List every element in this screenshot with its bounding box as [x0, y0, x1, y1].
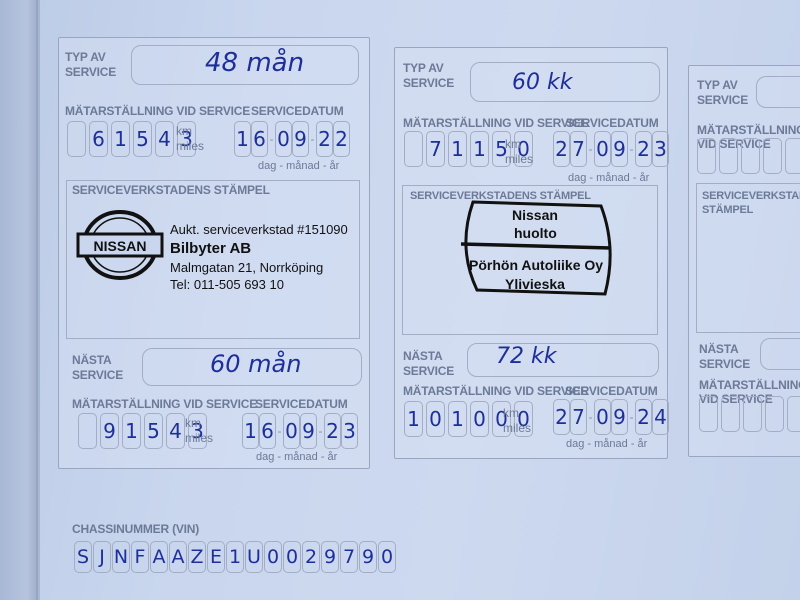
- stamp-line-company: Pörhön Autoliike Oy: [469, 257, 603, 273]
- label-typ-av: TYP AV: [697, 78, 738, 92]
- vin-char: A: [150, 541, 168, 573]
- label-service: SERVICE: [403, 76, 454, 90]
- vin-char: 9: [321, 541, 339, 573]
- date-digit: 9: [300, 413, 317, 449]
- vin-char: N: [112, 541, 130, 573]
- vin-char: E: [207, 541, 225, 573]
- stamp-line-phone: Tel: 011-505 693 10: [170, 277, 284, 292]
- service-type-field[interactable]: [756, 76, 800, 108]
- odometer-digit: 4: [166, 413, 185, 449]
- vin-char: 7: [340, 541, 358, 573]
- vin-char: 0: [283, 541, 301, 573]
- gutter-shadow: [36, 0, 40, 600]
- label-odometer: MÄTARSTÄLLNING VID SERVICE: [72, 397, 257, 411]
- vin-char: 1: [226, 541, 244, 573]
- label-stamp: SERVICEVERKSTADENS STÄMPEL: [72, 183, 270, 197]
- stamp-line-service: huolto: [514, 225, 557, 241]
- next-service-type-value: 60 mån: [210, 350, 301, 378]
- next-date-cells[interactable]: 1 6 - 0 9 - 2 3: [242, 413, 358, 449]
- next-date-cells[interactable]: 2 7 - 0 9 - 2 4: [553, 399, 669, 435]
- odometer-digit: [787, 396, 800, 432]
- next-service-type-field[interactable]: [760, 338, 800, 370]
- odometer-digit: 1: [111, 121, 130, 157]
- label-servicedatum: SERVICEDATUM: [565, 384, 658, 398]
- odometer-digit: 5: [144, 413, 163, 449]
- vin-cells[interactable]: S J N F A A Z E 1 U 0 0 2 9 7 9 0: [74, 541, 396, 573]
- label-nasta: NÄSTA: [403, 349, 442, 363]
- odometer-digit: 0: [470, 401, 489, 437]
- date-digit: 2: [316, 121, 333, 157]
- date-format-hint: dag - månad - år: [566, 438, 647, 450]
- date-digit: 6: [251, 121, 268, 157]
- date-separator: -: [628, 410, 635, 424]
- date-digit: 0: [594, 399, 611, 435]
- date-digit: 7: [570, 399, 587, 435]
- label-nasta: NÄSTA: [699, 342, 738, 356]
- odometer-digit: 0: [426, 401, 445, 437]
- service-date-cells[interactable]: 2 7 - 0 9 - 2 3: [553, 131, 669, 167]
- date-digit: 0: [594, 131, 611, 167]
- vin-char: A: [169, 541, 187, 573]
- date-digit: 7: [570, 131, 587, 167]
- odometer-digit: [719, 138, 738, 174]
- odometer-digit: [741, 138, 760, 174]
- service-date-cells[interactable]: 1 6 - 0 9 - 2 2: [234, 121, 350, 157]
- date-digit: 9: [292, 121, 309, 157]
- odometer-cells[interactable]: [697, 138, 800, 174]
- unit-km: km: [503, 406, 519, 421]
- book-gutter: [0, 0, 38, 600]
- label-nasta: NÄSTA: [72, 353, 111, 367]
- odometer-digit: 7: [426, 131, 445, 167]
- label-stamp: SERVICEVERKSTADENS STÄMPEL: [702, 189, 800, 217]
- next-odometer-cells[interactable]: [699, 396, 800, 432]
- date-digit: 3: [341, 413, 358, 449]
- unit-miles: miles: [185, 431, 213, 446]
- date-digit: 0: [283, 413, 300, 449]
- label-service: SERVICE: [65, 65, 116, 79]
- date-format-hint: dag - månad - år: [568, 172, 649, 184]
- date-digit: 9: [611, 131, 628, 167]
- date-format-hint: dag - månad - år: [256, 451, 337, 463]
- nissan-logo-icon: NISSAN: [76, 208, 164, 282]
- vin-char: S: [74, 541, 92, 573]
- date-digit: 2: [553, 399, 570, 435]
- svg-text:NISSAN: NISSAN: [94, 238, 147, 254]
- unit-km: km: [505, 137, 521, 152]
- odometer-digit: 1: [448, 401, 467, 437]
- vin-char: J: [93, 541, 111, 573]
- odometer-digit: 6: [89, 121, 108, 157]
- odometer-digit: [785, 138, 800, 174]
- odometer-digit: 1: [404, 401, 423, 437]
- label-odometer: MÄTARSTÄLLNING VID SERVICE: [403, 384, 588, 398]
- date-separator: -: [276, 424, 283, 438]
- label-next-service: SERVICE: [699, 357, 750, 371]
- unit-km: km: [176, 124, 192, 139]
- odometer-digit: [699, 396, 718, 432]
- vin-char: 0: [378, 541, 396, 573]
- date-separator: -: [317, 424, 324, 438]
- odometer-digit: [721, 396, 740, 432]
- date-digit: 2: [635, 131, 652, 167]
- vin-char: F: [131, 541, 149, 573]
- stamp-line-city: Ylivieska: [505, 276, 565, 292]
- vin-char: U: [245, 541, 263, 573]
- odometer-digit: [404, 131, 423, 167]
- date-separator: -: [268, 132, 275, 146]
- date-format-hint: dag - månad - år: [258, 160, 339, 172]
- label-odometer: MÄTARSTÄLLNING VID SERVICE: [403, 116, 588, 130]
- unit-miles: miles: [176, 139, 204, 154]
- unit-miles: miles: [505, 152, 533, 167]
- odometer-digit: [67, 121, 86, 157]
- date-separator: -: [628, 142, 635, 156]
- unit-miles: miles: [503, 421, 531, 436]
- odometer-digit: [765, 396, 784, 432]
- date-digit: 2: [324, 413, 341, 449]
- label-odometer: MÄTARSTÄLLNING VID SERVICE: [65, 104, 250, 118]
- label-servicedatum: SERVICEDATUM: [251, 104, 344, 118]
- stamp-line-brand: Nissan: [512, 207, 558, 223]
- date-separator: -: [587, 410, 594, 424]
- vin-char: Z: [188, 541, 206, 573]
- label-typ-av: TYP AV: [65, 50, 106, 64]
- odometer-digit: 1: [448, 131, 467, 167]
- label-next-service: SERVICE: [403, 364, 454, 378]
- date-digit: 4: [652, 399, 669, 435]
- vin-char: 2: [302, 541, 320, 573]
- date-digit: 2: [635, 399, 652, 435]
- label-vin: CHASSINUMMER (VIN): [72, 522, 199, 536]
- odometer-digit: [763, 138, 782, 174]
- date-digit: 2: [553, 131, 570, 167]
- stamp-line-authorized: Aukt. serviceverkstad #151090: [170, 222, 348, 237]
- vin-char: 0: [264, 541, 282, 573]
- odometer-digit: 4: [155, 121, 174, 157]
- unit-km: km: [185, 416, 201, 431]
- stamp-line-address: Malmgatan 21, Norrköping: [170, 260, 323, 275]
- service-type-value: 60 kk: [512, 70, 572, 95]
- label-servicedatum: SERVICEDATUM: [255, 397, 348, 411]
- date-digit: 6: [259, 413, 276, 449]
- odometer-digit: 1: [470, 131, 489, 167]
- stamp-line-company: Bilbyter AB: [170, 240, 251, 257]
- odometer-digit: [697, 138, 716, 174]
- date-separator: -: [587, 142, 594, 156]
- label-servicedatum: SERVICEDATUM: [566, 116, 659, 130]
- date-digit: 9: [611, 399, 628, 435]
- date-digit: 1: [234, 121, 251, 157]
- date-digit: 0: [275, 121, 292, 157]
- odometer-digit: 1: [122, 413, 141, 449]
- odometer-digit: [743, 396, 762, 432]
- next-service-type-value: 72 kk: [496, 344, 556, 369]
- date-digit: 2: [333, 121, 350, 157]
- date-separator: -: [309, 132, 316, 146]
- label-typ-av: TYP AV: [403, 61, 444, 75]
- vin-char: 9: [359, 541, 377, 573]
- odometer-digit: 9: [100, 413, 119, 449]
- label-next-service: SERVICE: [72, 368, 123, 382]
- odometer-digit: [78, 413, 97, 449]
- service-type-value: 48 mån: [205, 48, 304, 78]
- date-digit: 3: [652, 131, 669, 167]
- odometer-digit: 5: [133, 121, 152, 157]
- date-digit: 1: [242, 413, 259, 449]
- label-service: SERVICE: [697, 93, 748, 107]
